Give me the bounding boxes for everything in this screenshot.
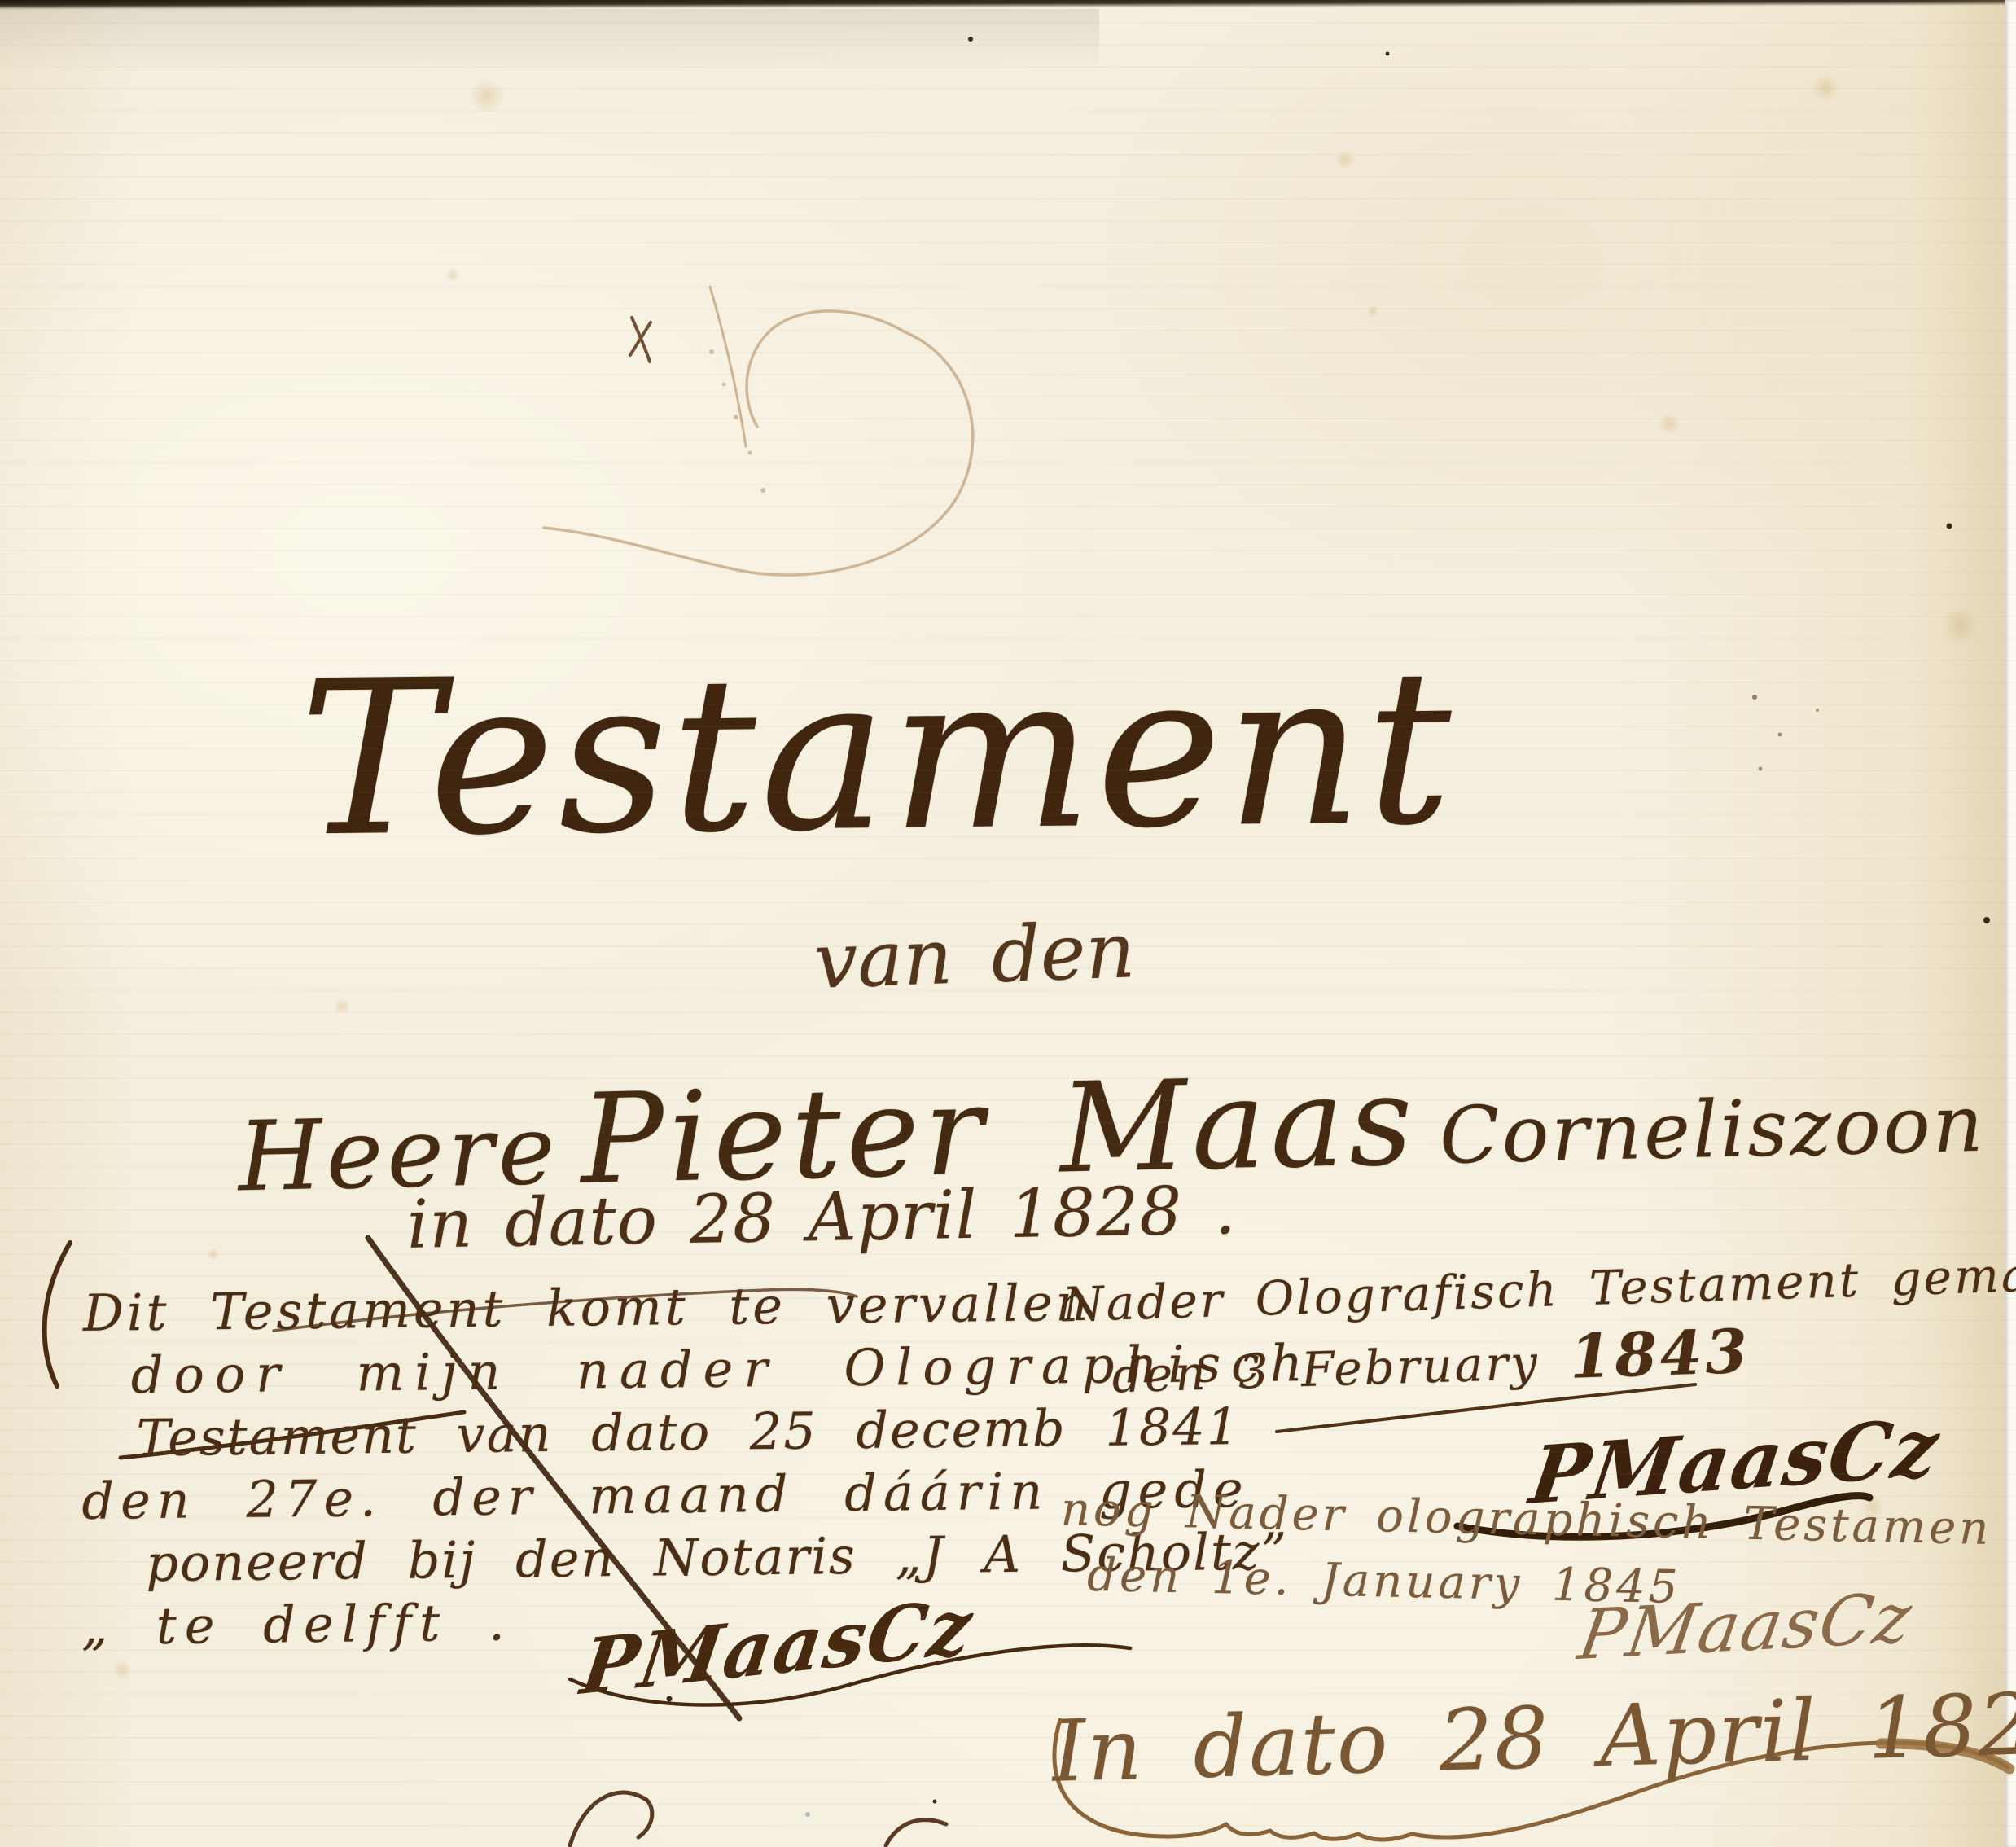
ink-speck — [1778, 733, 1782, 737]
dark-speck — [933, 1800, 937, 1804]
ink-speck — [748, 451, 752, 455]
scan-top-shadow — [0, 9, 1099, 72]
flourish-doodle-line — [710, 287, 746, 446]
ink-speck — [734, 415, 738, 419]
codicil-1843-year: 1843 — [1569, 1317, 1752, 1393]
foxing-spot — [1811, 73, 1840, 103]
flourish-doodle-loop — [544, 311, 973, 575]
foxing-spot — [207, 1248, 220, 1261]
foxing-spot — [112, 1660, 132, 1679]
foxing-spot — [469, 78, 505, 114]
ink-speck — [722, 383, 726, 387]
foxing-spot — [1658, 412, 1681, 435]
codicil-1843-date: den 3 February — [1111, 1335, 1540, 1403]
testament-cover-page: Testament van den Heere Pieter Maas Corn… — [0, 0, 2016, 1847]
bottom-date-line: In dato 28 April 1828 — [1051, 1673, 2016, 1801]
blue-speck — [805, 1812, 810, 1817]
ink-scratch-mark — [630, 318, 651, 362]
foxing-spot — [445, 268, 460, 283]
left-bracket-flourish — [45, 1243, 70, 1386]
date-under-name: in dato 28 April 1828 . — [406, 1172, 1237, 1264]
paper-right-edge — [2005, 0, 2016, 1847]
ink-speck — [760, 488, 765, 493]
bottom-edge-hook-left — [570, 1792, 652, 1845]
foxing-spot — [1335, 149, 1356, 170]
foxing-spot — [334, 998, 350, 1015]
codicil-1845-signature: PMaasCz — [1573, 1577, 1917, 1675]
codicil-note-1843: Nader Olografisch Testament gemaakt den … — [1062, 1238, 2016, 1412]
ink-speck — [1752, 695, 1757, 700]
name-patronymic: Corneliszoon — [1439, 1078, 1987, 1182]
foxing-spot — [1366, 305, 1379, 318]
page-title: Testament — [299, 636, 1457, 872]
ink-speck — [1759, 767, 1763, 771]
subtitle-van-den: van den — [813, 906, 1136, 1007]
bottom-edge-hook-center — [886, 1820, 946, 1845]
dark-speck — [1386, 52, 1390, 56]
ink-speck — [709, 349, 714, 354]
ink-speck — [1816, 709, 1819, 712]
